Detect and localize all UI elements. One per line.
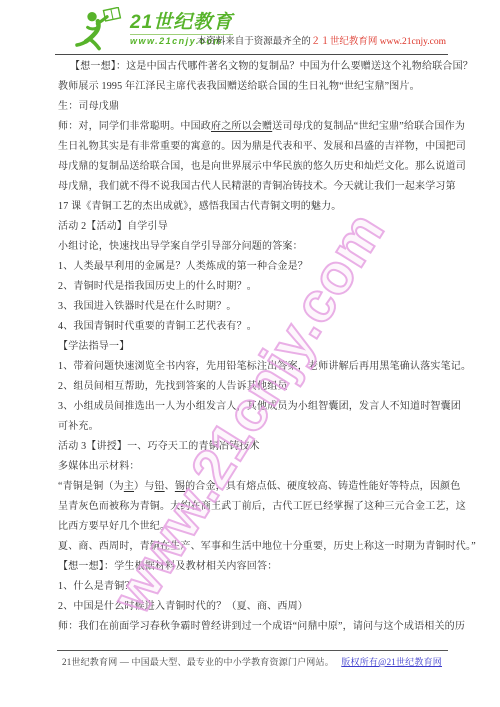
running-person-icon: [72, 7, 128, 53]
document-line: 活动 3【讲授】一、巧夺天工的青铜冶铸技术: [58, 437, 450, 457]
text-segment: 【学法指导一】: [58, 341, 129, 352]
text-segment: 1、什么是青铜？: [58, 581, 135, 592]
text-segment: 活动 3【讲授】一、巧夺天工的青铜冶铸技术: [58, 441, 260, 452]
text-segment: 【想一想】：学生根据材料及教材相关内容回答：: [58, 561, 277, 572]
document-line: 2、中国是什么时候进入青铜时代的？（夏、商、西周）: [58, 597, 450, 617]
text-segment: 可补充。: [58, 421, 99, 432]
text-segment: 的合金，具有熔点低、硬度较高、铸造性能好等特点，因颜色: [185, 481, 460, 492]
text-segment: 母戊鼎的复制品送给联合国，也是向世界展示中华民族的悠久历史和灿烂文化。那么说道司: [58, 161, 466, 172]
text-segment: ）与: [134, 481, 154, 492]
document-line: 母戊鼎的复制品送给联合国，也是向世界展示中华民族的悠久历史和灿烂文化。那么说道司: [58, 157, 450, 177]
document-line: 生：司母戊鼎: [58, 97, 450, 117]
text-segment: 17 课《青铜工艺的杰出成就》，感悟我国古代青铜文明的魅力。: [58, 201, 342, 212]
document-line: 2、组员间相互帮助，先找到答案的人告诉其他组员: [58, 377, 450, 397]
document-lines: 【想一想】：这是中国古代哪件著名文物的复制品？中国为什么要赠送这个礼物给联合国？…: [58, 57, 450, 637]
document-line: 1、什么是青铜？: [58, 577, 450, 597]
document-line: 教师展示 1995 年江泽民主席代表我国赠送给联合国的生日礼物“世纪宝鼎”图片。: [58, 77, 450, 97]
text-segment: 、: [165, 481, 175, 492]
text-segment: 铅: [154, 481, 164, 492]
page-footer: 21世纪教育网 — 中国最大型、最专业的中小学教育资源门户网站。 版权所有@21…: [62, 655, 442, 669]
text-segment: 小组讨论，快速找出导学案自学引导部分问题的答案：: [58, 241, 303, 252]
document-line: 呈青灰色而被称为青铜。大约在商王武丁前后，古代工匠已经掌握了这种三元合金工艺，这: [58, 497, 450, 517]
document-line: 4、我国青铜时代重要的青铜工艺代表有？。: [58, 317, 450, 337]
text-segment: “青铜是铜（为: [58, 481, 124, 492]
text-segment: 师：我们在前面学习春秋争霸时曾经讲到过一个成语“问鼎中原”，请问与这个成语相关的…: [58, 621, 465, 632]
document-line: 生日礼物其实是有非常重要的寓意的。因为鼎是代表和平、发展和昌盛的吉祥物，中国把司: [58, 137, 450, 157]
header-tagline: 本资料来自于资源最齐全的２１世纪教育网 www.21cnjy.com: [197, 36, 446, 48]
document-line: 1、人类最早利用的金属是？人类炼成的第一种合金是？: [58, 257, 450, 277]
document-line: 17 课《青铜工艺的杰出成就》，感悟我国古代青铜文明的魅力。: [58, 197, 450, 217]
text-segment: 1、人类最早利用的金属是？人类炼成的第一种合金是？: [58, 261, 308, 272]
text-segment: 生：司母戊鼎: [58, 101, 119, 112]
document-page: 21世纪教育 www.21cnjy.com 本资料来自于资源最齐全的２１世纪教育…: [0, 0, 500, 707]
text-segment: 呈青灰色而被称为青铜。大约在商王武丁前后，古代工匠已经掌握了这种三元合金工艺，这: [58, 501, 466, 512]
logo-brand-text: 21世纪教育: [130, 13, 233, 33]
text-segment: 3、我国进入铁器时代是在什么时期？。: [58, 301, 237, 312]
text-segment: 多媒体出示材料：: [58, 461, 140, 472]
text-segment: 4、我国青铜时代重要的青铜工艺代表有？。: [58, 321, 257, 332]
document-line: 小组讨论，快速找出导学案自学引导部分问题的答案：: [58, 237, 450, 257]
text-segment: 比西方要早好几个世纪。: [58, 521, 170, 532]
document-line: 1、带着问题快速浏览全书内容，先用铅笔标注出答案，老师讲解后再用黑笔确认落实笔记…: [58, 357, 450, 377]
text-segment: 生日礼物其实是有非常重要的寓意的。因为鼎是代表和平、发展和昌盛的吉祥物，中国把司: [58, 141, 466, 152]
text-segment: 送司母戊的复制品“世纪宝鼎”给联合国作为: [272, 121, 465, 132]
document-line: 【想一想】：学生根据材料及教材相关内容回答：: [58, 557, 450, 577]
text-segment: 锡: [175, 481, 185, 492]
document-line: 母戊鼎，我们就不得不说我国古代人民精湛的青铜冶铸技术。今天就让我们一起来学习第: [58, 177, 450, 197]
document-line: 【想一想】：这是中国古代哪件著名文物的复制品？中国为什么要赠送这个礼物给联合国？: [58, 57, 450, 77]
text-segment: 府之所以会赠: [211, 121, 272, 132]
footer-copyright-link[interactable]: 版权所有@21世纪教育网: [341, 655, 442, 669]
text-segment: 活动 2【活动】自学引导: [58, 221, 168, 232]
text-segment: 师：对，同学们非常聪明。中国政: [58, 121, 211, 132]
text-segment: 【想一想】：这是中国古代哪件著名文物的复制品？中国为什么要赠送这个礼物给联合国？: [70, 61, 473, 72]
text-segment: 2、中国是什么时候进入青铜时代的？（夏、商、西周）: [58, 601, 308, 612]
tagline-site-link[interactable]: ２１世纪教育网 www.21cnjy.com: [311, 37, 446, 47]
footer-divider: [57, 650, 448, 651]
document-line: 3、我国进入铁器时代是在什么时期？。: [58, 297, 450, 317]
document-line: 多媒体出示材料：: [58, 457, 450, 477]
document-line: 比西方要早好几个世纪。: [58, 517, 450, 537]
text-segment: 教师展示 1995 年江泽民主席代表我国赠送给联合国的生日礼物“世纪宝鼎”图片。: [58, 81, 420, 92]
document-line: 【学法指导一】: [58, 337, 450, 357]
document-line: 3、小组成员间推选出一人为小组发言人，其他成员为小组智囊团，发言人不知道时智囊团: [58, 397, 450, 417]
header-divider: [55, 54, 448, 55]
text-segment: 2、组员间相互帮助，先找到答案的人告诉其他组员: [58, 381, 288, 392]
document-line: 师：对，同学们非常聪明。中国政府之所以会赠送司母戊的复制品“世纪宝鼎”给联合国作…: [58, 117, 450, 137]
text-segment: 主: [124, 481, 134, 492]
text-segment: 母戊鼎，我们就不得不说我国古代人民精湛的青铜冶铸技术。今天就让我们一起来学习第: [58, 181, 456, 192]
text-segment: 1、带着问题快速浏览全书内容，先用铅笔标注出答案，老师讲解后再用黑笔确认落实笔记…: [58, 361, 471, 372]
document-line: 2、青铜时代是指我国历史上的什么时期？。: [58, 277, 450, 297]
document-line: 活动 2【活动】自学引导: [58, 217, 450, 237]
document-line: “青铜是铜（为主）与铅、锡的合金，具有熔点低、硬度较高、铸造性能好等特点，因颜色: [58, 477, 450, 497]
text-segment: 3、小组成员间推选出一人为小组发言人，其他成员为小组智囊团，发言人不知道时智囊团: [58, 401, 461, 412]
text-segment: 夏、商、西周时，青铜在生产、军事和生活中地位十分重要，历史上称这一时期为青铜时代…: [58, 541, 476, 552]
document-line: 可补充。: [58, 417, 450, 437]
text-segment: 2、青铜时代是指我国历史上的什么时期？。: [58, 281, 257, 292]
tagline-prefix: 本资料来自于资源最齐全的: [197, 37, 311, 47]
document-line: 夏、商、西周时，青铜在生产、军事和生活中地位十分重要，历史上称这一时期为青铜时代…: [58, 537, 450, 557]
footer-site-text: 21世纪教育网 — 中国最大型、最专业的中小学教育资源门户网站。: [62, 655, 334, 669]
document-line: 师：我们在前面学习春秋争霸时曾经讲到过一个成语“问鼎中原”，请问与这个成语相关的…: [58, 617, 450, 637]
